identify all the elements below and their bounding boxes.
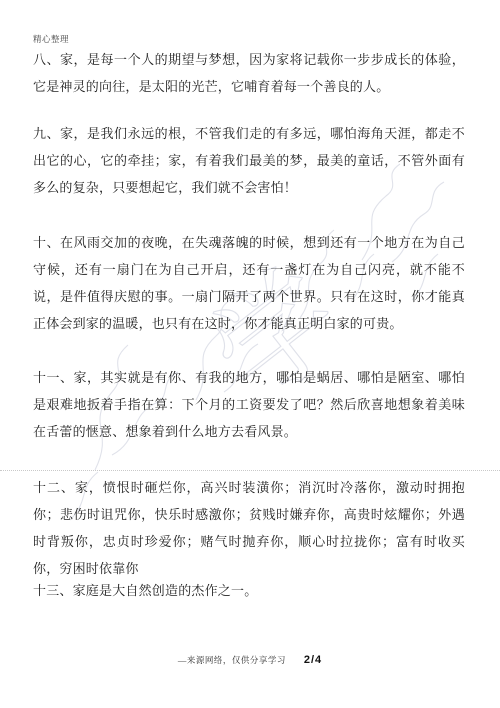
paragraph-8: 八、家，是每一个人的期望与梦想，因为家将记载你一步步成长的体验，它是神灵的向往，…	[33, 46, 465, 100]
paragraph-13: 十三、家庭是大自然创造的杰作之一。	[33, 577, 465, 604]
paragraph-11: 十一、家，其实就是有你、有我的地方，哪怕是蜗居、哪怕是陋室、哪怕是艰难地扳着手指…	[33, 364, 465, 445]
header-note: 精心整理	[33, 33, 69, 45]
page-footer: —来源网络，仅供分享学习 2/4	[0, 654, 500, 666]
paragraph-9: 九、家，是我们永远的根，不管我们走的有多远，哪怕海角天涯，都走不出它的心，它的牵…	[33, 120, 465, 201]
document-page: 学 精心整理 八、家，是每一个人的期望与梦想，因为家将记载你一步步成长的体验，它…	[0, 0, 500, 708]
paragraph-12: 十二、家，愤恨时砸烂你，高兴时装潢你；消沉时冷落你，激动时拥抱你；悲伤时诅咒你，…	[33, 474, 465, 582]
footer-source-note: —来源网络，仅供分享学习	[178, 654, 286, 666]
page-break-divider	[0, 470, 500, 471]
paragraph-10: 十、在风雨交加的夜晚，在失魂落魄的时候，想到还有一个地方在为自己守候，还有一扇门…	[33, 229, 465, 337]
page-number: 2/4	[304, 654, 322, 666]
